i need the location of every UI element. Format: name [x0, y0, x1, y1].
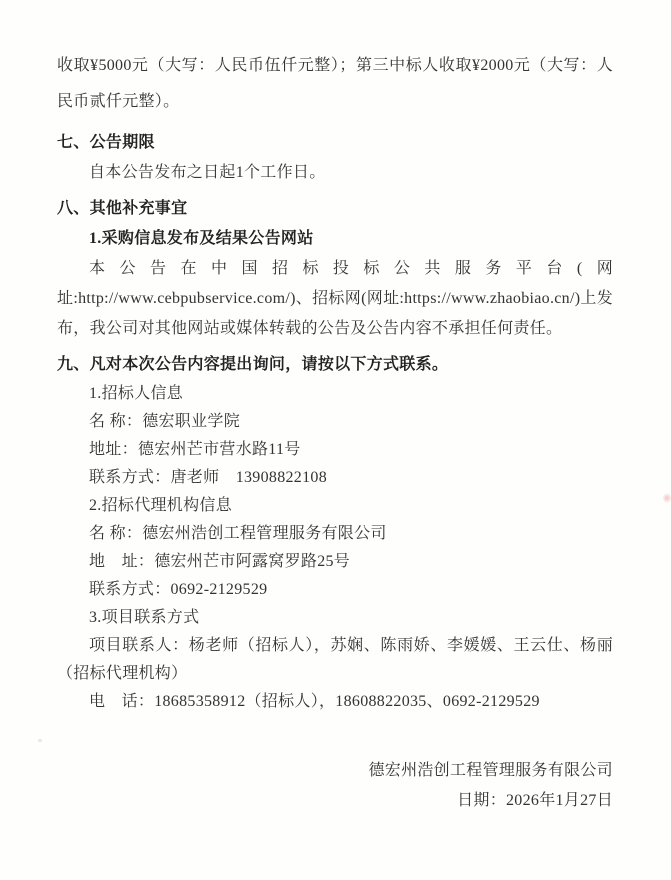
- section-9-item-agency-contact: 联系方式：0692-2129529: [57, 576, 613, 604]
- document-body: 收取¥5000元（大写：人民币伍仟元整）；第三中标人收取¥2000元（大写：人民…: [0, 0, 671, 816]
- document-page: 收取¥5000元（大写：人民币伍仟元整）；第三中标人收取¥2000元（大写：人民…: [0, 0, 671, 880]
- section-9-item-bidder-contact: 联系方式：唐老师 13908822108: [57, 464, 613, 492]
- signature-company: 德宏州浩创工程管理服务有限公司: [57, 756, 613, 786]
- scan-artifact-speck: [38, 739, 42, 742]
- section-8-heading: 八、其他补充事宜: [57, 194, 613, 224]
- section-9-item-bidder-name: 名 称：德宏职业学院: [57, 408, 613, 436]
- section-7-heading: 七、公告期限: [57, 128, 613, 158]
- section-8-body: 本公告在中国招标投标公共服务平台(网址:http://www.cebpubser…: [57, 254, 613, 344]
- section-7-body: 自本公告发布之日起1个工作日。: [57, 158, 613, 188]
- section-9-item-agency-name: 名 称：德宏州浩创工程管理服务有限公司: [57, 520, 613, 548]
- section-9-heading: 九、凡对本次公告内容提出询问，请按以下方式联系。: [57, 350, 613, 380]
- section-9-item-bidder-address: 地址：德宏州芒市营水路11号: [57, 436, 613, 464]
- scan-artifact-pink-smudge: [663, 493, 671, 503]
- section-8-subheading: 1.采购信息发布及结果公告网站: [57, 224, 613, 254]
- section-9-item-bidder-info-title: 1.招标人信息: [57, 380, 613, 408]
- section-9-item-project-contact-title: 3.项目联系方式: [57, 604, 613, 632]
- signature-date: 日期：2026年1月27日: [57, 786, 613, 816]
- section-9-item-project-contacts: 项目联系人：杨老师（招标人），苏娴、陈雨娇、李媛媛、王云仕、杨丽（招标代理机构）: [57, 632, 613, 688]
- section-9-item-agency-info-title: 2.招标代理机构信息: [57, 492, 613, 520]
- signature-block: 德宏州浩创工程管理服务有限公司 日期：2026年1月27日: [57, 756, 613, 816]
- section-9-item-project-phones: 电 话：18685358912（招标人），18608822035、0692-21…: [57, 688, 613, 716]
- paragraph-fee-continuation: 收取¥5000元（大写：人民币伍仟元整）；第三中标人收取¥2000元（大写：人民…: [57, 48, 613, 120]
- section-9-item-agency-address: 地 址：德宏州芒市阿露窝罗路25号: [57, 548, 613, 576]
